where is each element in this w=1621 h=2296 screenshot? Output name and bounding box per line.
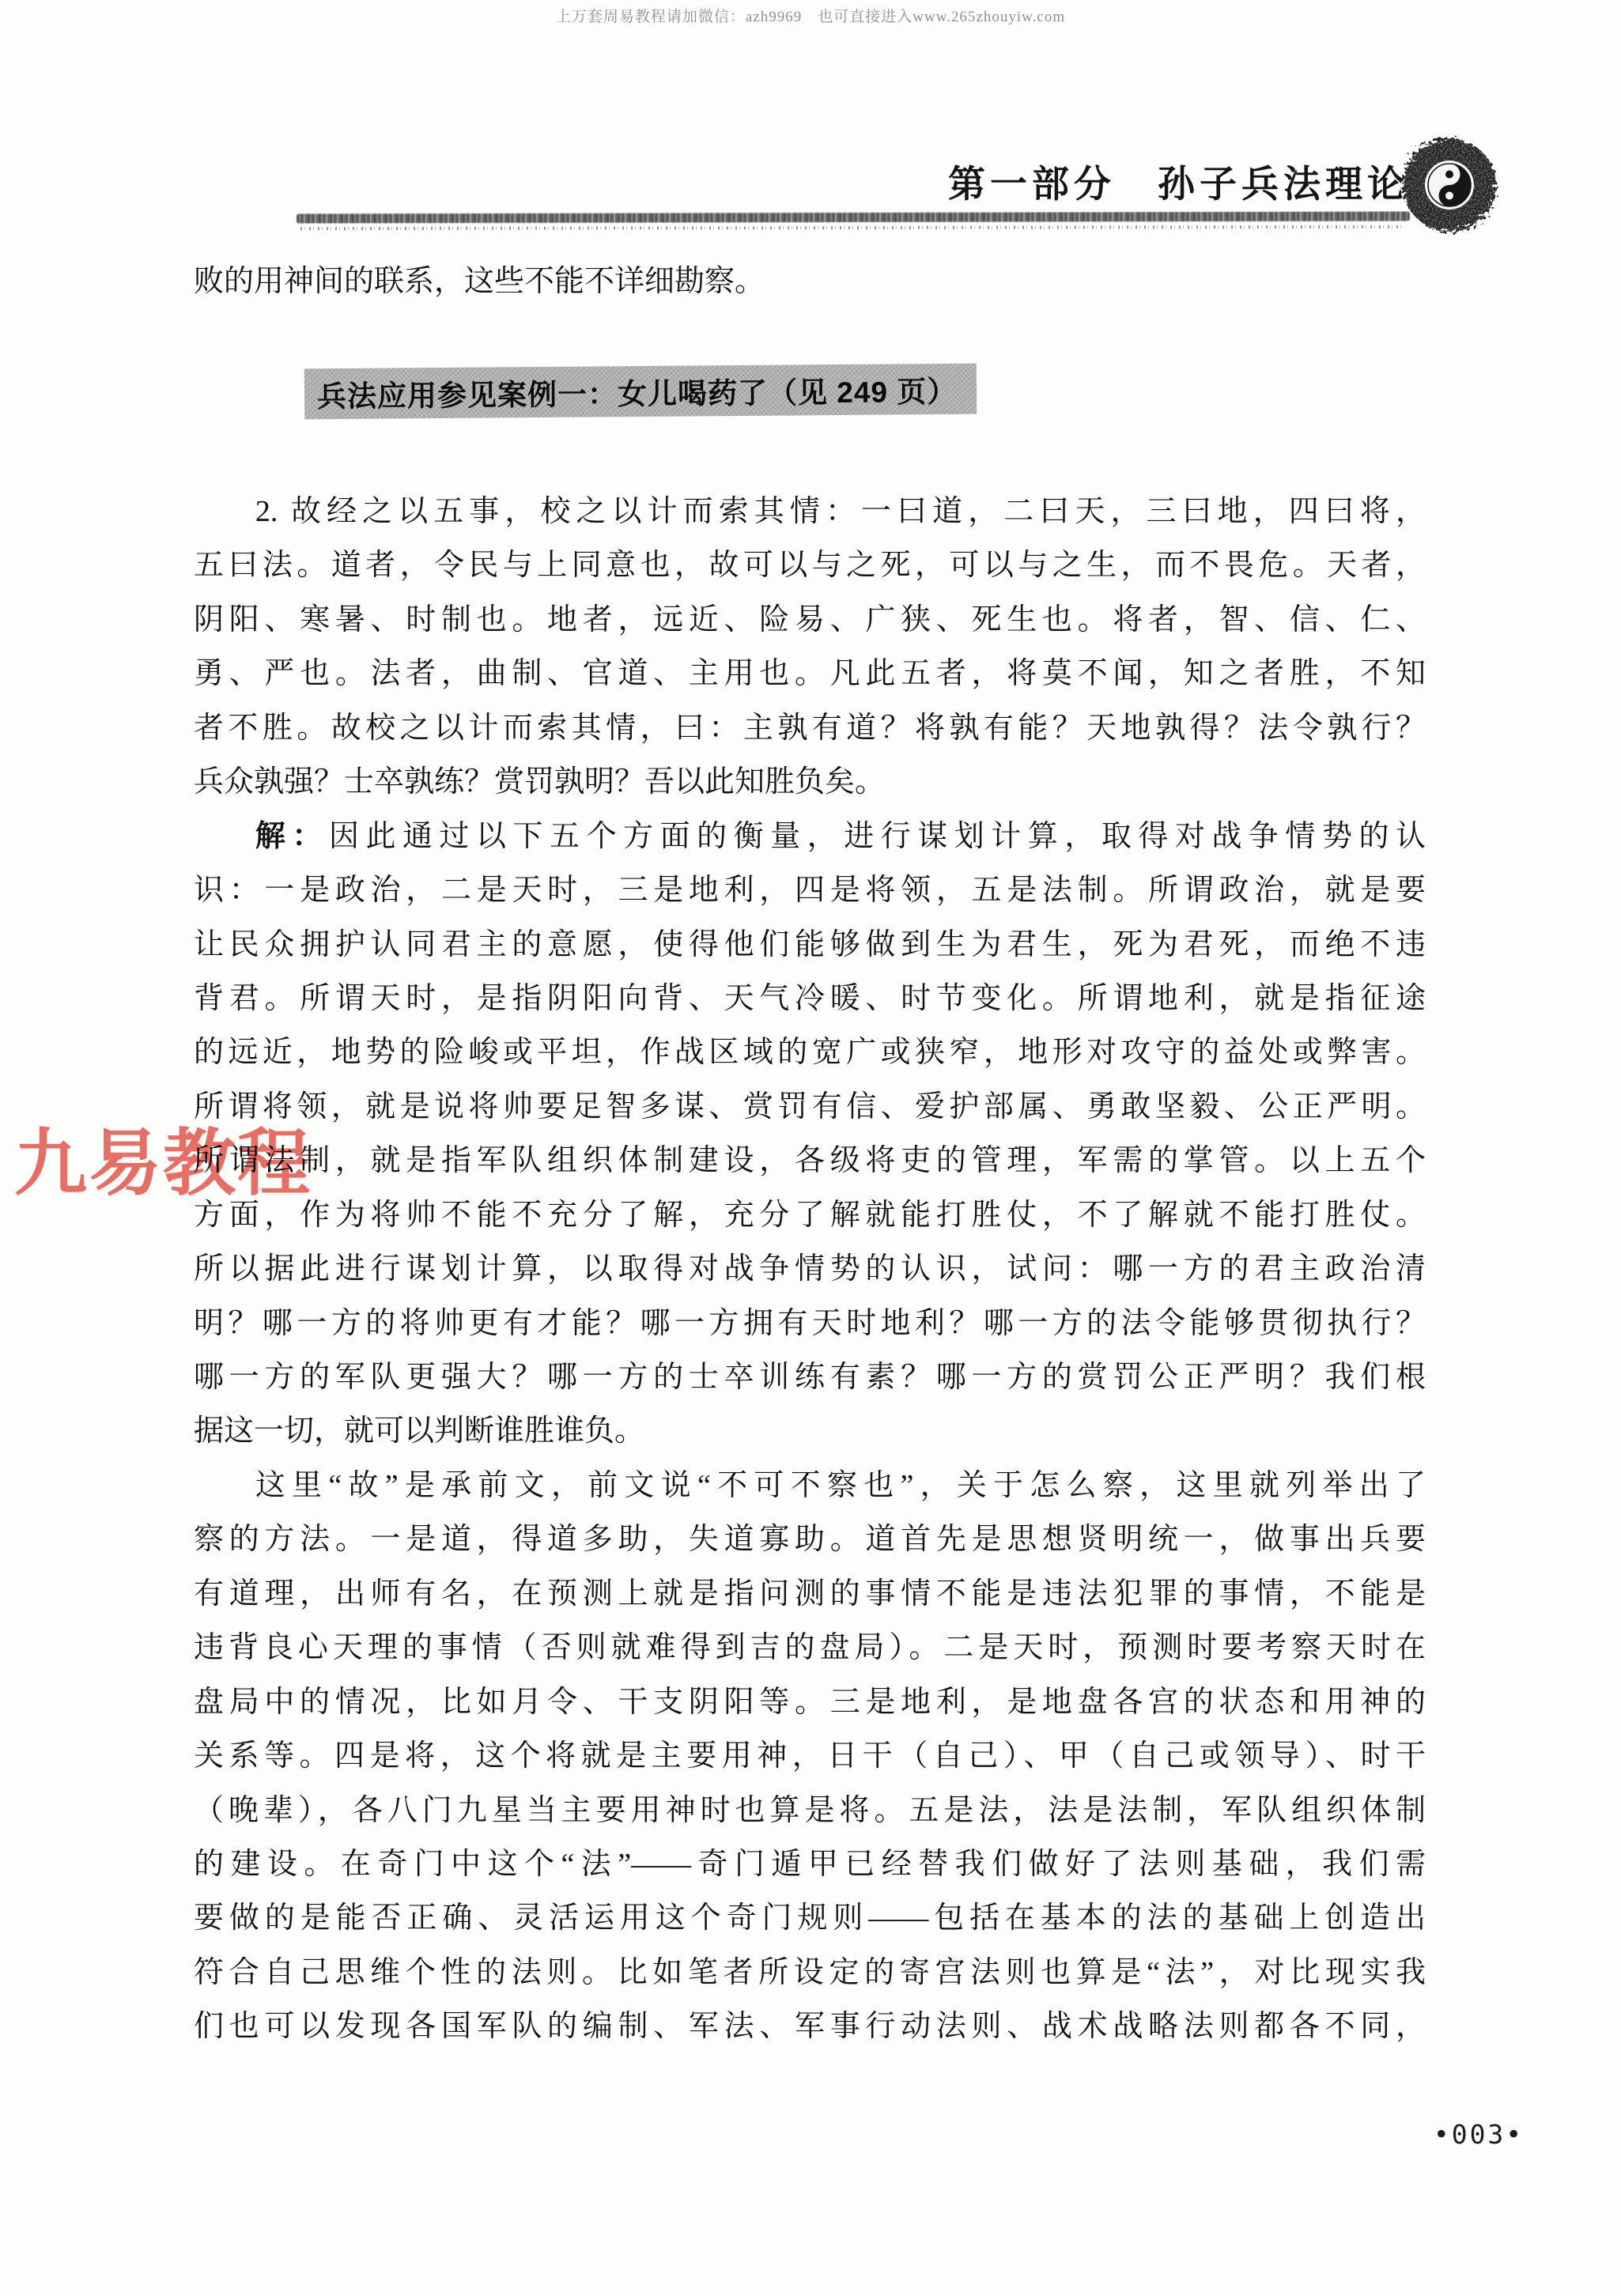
body-line: 们也可以发现各国军队的编制、军法、军事行动法则、战术战略法则都各不同， bbox=[194, 2000, 1426, 2053]
book-page: 上万套周易教程请加微信：azh9969 也可直接进入www.265zhouyiw… bbox=[0, 0, 1621, 2296]
callout-text: 兵法应用参见案例一：女儿喝药了（见 249 页） bbox=[317, 368, 958, 415]
body-line: 盘局中的情况，比如月令、干支阴阳等。三是地利，是地盘各宫的状态和用神的 bbox=[194, 1675, 1426, 1729]
callout-box: 兵法应用参见案例一：女儿喝药了（见 249 页） bbox=[304, 364, 977, 420]
page-title: 第一部分 孙子兵法理论 bbox=[0, 155, 1409, 208]
header-rule-noise bbox=[300, 225, 1404, 230]
body-line: （晚辈），各八门九星当主要用神时也算是将。五是法，法是法制，军队组织体制 bbox=[194, 1784, 1426, 1837]
lead-paragraph: 败的用神间的联系，这些不能不详细勘察。 bbox=[194, 255, 1426, 308]
body-line: 这里“故”是承前文，前文说“不可不察也”，关于怎么察，这里就列举出了 bbox=[194, 1459, 1426, 1512]
body-line: 所以据此进行谋划计算，以取得对战争情势的认识，试问：哪一方的君主政治清 bbox=[194, 1242, 1426, 1296]
body-line: 的建设。在奇门中这个“法”——奇门遁甲已经替我们做好了法则基础，我们需 bbox=[194, 1837, 1426, 1891]
body-line: 2. 故经之以五事，校之以计而索其情：一曰道，二曰天，三曰地，四曰将， bbox=[194, 485, 1426, 538]
body-line: 败的用神间的联系，这些不能不详细勘察。 bbox=[194, 255, 1426, 308]
body-line: 方面，作为将帅不能不充分了解，充分了解就能打胜仗，不了解就不能打胜仗。 bbox=[194, 1188, 1426, 1242]
header-rule bbox=[297, 212, 1410, 224]
page-number: •003• bbox=[1415, 2119, 1542, 2150]
body-line: 哪一方的军队更强大？哪一方的士卒训练有素？哪一方的赏罚公正严明？我们根 bbox=[194, 1350, 1426, 1404]
body-line: 关系等。四是将，这个将就是主要用神，日干（自己）、甲（自己或领导）、时干 bbox=[194, 1729, 1426, 1783]
body-line: 让民众拥护认同君主的意愿，使得他们能够做到生为君生，死为君死，而绝不违 bbox=[194, 918, 1426, 972]
body-text: 2. 故经之以五事，校之以计而索其情：一曰道，二曰天，三曰地，四曰将，五曰法。道… bbox=[194, 485, 1426, 2054]
body-line: 要做的是能否正确、灵活运用这个奇门规则——包括在基本的法的基础上创造出 bbox=[194, 1891, 1426, 1945]
body-line: 明？哪一方的将帅更有才能？哪一方拥有天时地利？哪一方的法令能够贯彻执行？ bbox=[194, 1297, 1426, 1350]
body-line: 所谓法制，就是指军队组织体制建设，各级将吏的管理，军需的掌管。以上五个 bbox=[194, 1134, 1426, 1188]
body-line: 阴阳、寒暑、时制也。地者，远近、险易、广狭、死生也。将者，智、信、仁、 bbox=[194, 593, 1426, 647]
body-line: 背君。所谓天时，是指阴阳向背、天气冷暖、时节变化。所谓地利，就是指征途 bbox=[194, 972, 1426, 1025]
body-line: 有道理，出师有名，在预测上就是指问测的事情不能是违法犯罪的事情，不能是 bbox=[194, 1567, 1426, 1621]
body-line: 据这一切，就可以判断谁胜谁负。 bbox=[194, 1404, 1426, 1458]
body-line: 的远近，地势的险峻或平坦，作战区域的宽广或狭窄，地形对攻守的益处或弊害。 bbox=[194, 1025, 1426, 1079]
body-line: 识：一是政治，二是天时，三是地利，四是将领，五是法制。所谓政治，就是要 bbox=[194, 863, 1426, 917]
body-line: 勇、严也。法者，曲制、官道、主用也。凡此五者，将莫不闻，知之者胜，不知 bbox=[194, 647, 1426, 701]
body-line: 者不胜。故校之以计而索其情，曰：主孰有道？将孰有能？天地孰得？法令孰行？ bbox=[194, 701, 1426, 755]
body-line: 符合自己思维个性的法则。比如笔者所设定的寄宫法则也算是“法”，对比现实我 bbox=[194, 1946, 1426, 2000]
body-line: 五曰法。道者，令民与上同意也，故可以与之死，可以与之生，而不畏危。天者， bbox=[194, 538, 1426, 592]
body-line: 兵众孰强？士卒孰练？赏罚孰明？吾以此知胜负矣。 bbox=[194, 755, 1426, 809]
top-note-text: 上万套周易教程请加微信：azh9969 也可直接进入www.265zhouyiw… bbox=[0, 5, 1621, 26]
yin-yang-icon bbox=[1395, 130, 1504, 240]
body-line: 解：因此通过以下五个方面的衡量，进行谋划计算，取得对战争情势的认 bbox=[194, 810, 1426, 863]
body-line: 所谓将领，就是说将帅要足智多谋、赏罚有信、爱护部属、勇敢坚毅、公正严明。 bbox=[194, 1080, 1426, 1134]
body-line: 察的方法。一是道，得道多助，失道寡助。道首先是思想贤明统一，做事出兵要 bbox=[194, 1512, 1426, 1566]
body-line: 违背良心天理的事情（否则就难得到吉的盘局）。二是天时，预测时要考察天时在 bbox=[194, 1621, 1426, 1675]
watermark-text: 九易教程 bbox=[14, 1105, 312, 1210]
